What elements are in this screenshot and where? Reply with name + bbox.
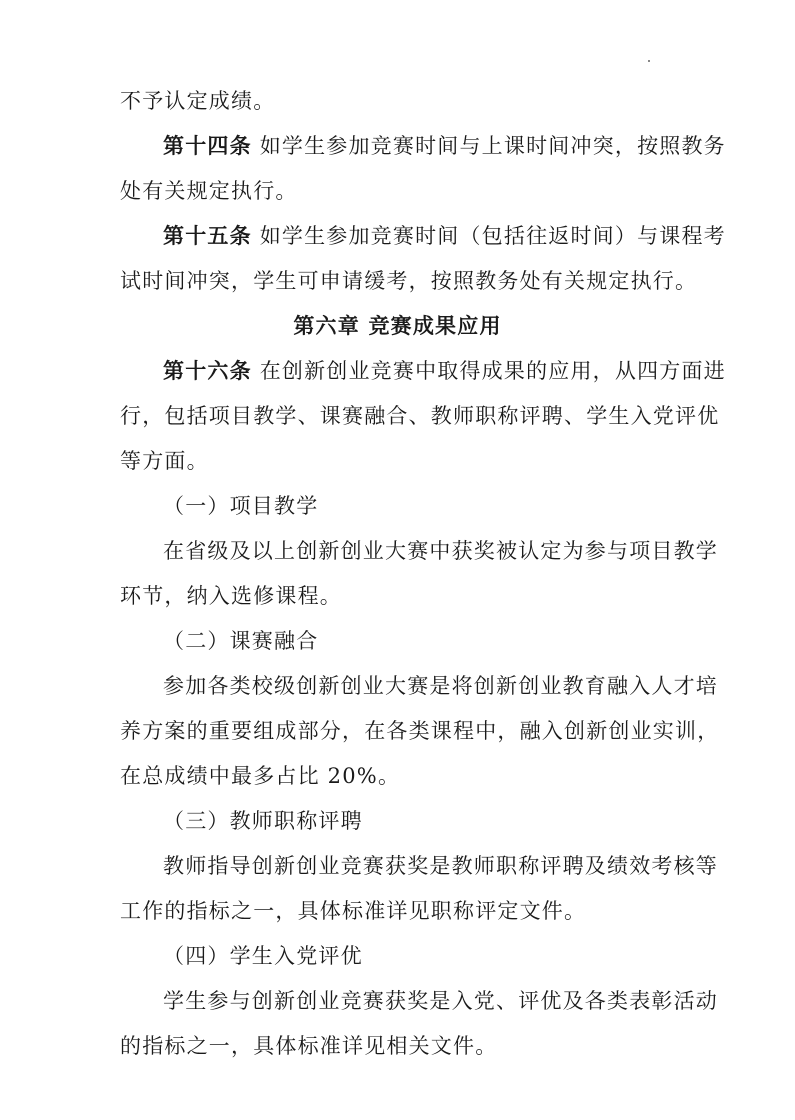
article-16: 第十六条 在创新创业竞赛中取得成果的应用，从四方面进 [163,356,743,386]
paragraph-line: 等方面。 [120,446,700,476]
paragraph-line: 养方案的重要组成部分，在各类课程中，融入创新创业实训， [120,716,700,746]
paragraph-line: 在总成绩中最多占比 20%。 [120,761,700,791]
scan-speck [648,60,650,62]
chapter-title: 第六章 竞赛成果应用 [0,311,795,341]
article-15: 第十五条 如学生参加竞赛时间（包括往返时间）与课程考 [163,221,743,251]
paragraph-line: 的指标之一，具体标准详见相关文件。 [120,1031,700,1061]
paragraph-line: 行，包括项目教学、课赛融合、教师职称评聘、学生入党评优 [120,401,700,431]
section-heading: （二）课赛融合 [163,626,743,656]
article-heading: 第十六条 [163,358,252,383]
paragraph-line: 在省级及以上创新创业大赛中获奖被认定为参与项目教学 [163,536,743,566]
document-page: 不予认定成绩。 第十四条 如学生参加竞赛时间与上课时间冲突，按照教务 处有关规定… [0,0,795,1120]
paragraph-line: 环节，纳入选修课程。 [120,581,700,611]
article-heading: 第十五条 [163,223,252,248]
paragraph-line: 不予认定成绩。 [120,86,700,116]
paragraph-line: 处有关规定执行。 [120,176,700,206]
section-heading: （三）教师职称评聘 [163,806,743,836]
paragraph-line: 教师指导创新创业竞赛获奖是教师职称评聘及绩效考核等 [163,851,743,881]
article-14: 第十四条 如学生参加竞赛时间与上课时间冲突，按照教务 [163,131,743,161]
paragraph-line: 参加各类校级创新创业大赛是将创新创业教育融入人才培 [163,671,743,701]
paragraph-line: 试时间冲突，学生可申请缓考，按照教务处有关规定执行。 [120,266,700,296]
section-heading: （一）项目教学 [163,491,743,521]
paragraph-line: 学生参与创新创业竞赛获奖是入党、评优及各类表彰活动 [163,986,743,1016]
article-heading: 第十四条 [163,133,252,158]
section-heading: （四）学生入党评优 [163,941,743,971]
paragraph-line: 工作的指标之一，具体标准详见职称评定文件。 [120,896,700,926]
